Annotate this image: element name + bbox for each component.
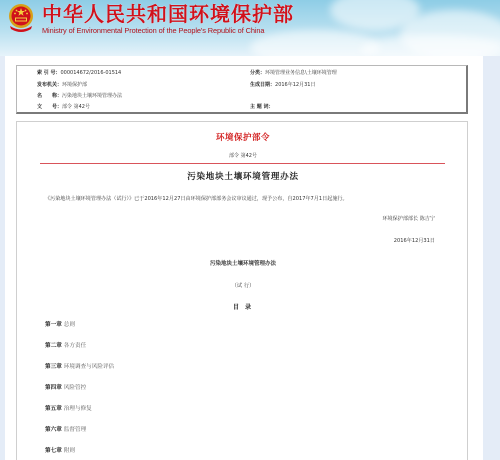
meta-date-value: 2016年12月31日 — [275, 82, 315, 88]
meta-index-value: 000014672/2016-01514 — [60, 70, 121, 76]
sign-date: 2016年12月31日 — [394, 237, 435, 244]
site-header: 中华人民共和国环境保护部 Ministry of Environmental P… — [0, 0, 500, 56]
toc-item[interactable]: 第五章治理与修复 — [45, 405, 92, 413]
decree-header: 环境保护部令 — [17, 131, 469, 143]
document-metadata-table: 索 引 号：000014672/2016-01514 分类：环境管理业务信息\土… — [16, 65, 468, 114]
toc-name: 总则 — [64, 322, 75, 328]
meta-issuer: 发布机关：环境保护部 — [37, 82, 87, 89]
content-page: 索 引 号：000014672/2016-01514 分类：环境管理业务信息\土… — [5, 56, 483, 460]
meta-doc-no: 文 号：部令 第42号 — [37, 104, 90, 111]
signer: 环境保护部部长 陈吉宁 — [382, 215, 435, 222]
toc-name: 监督管理 — [64, 427, 86, 433]
red-divider — [40, 163, 445, 164]
toc-item[interactable]: 第二章各方责任 — [45, 342, 86, 350]
meta-index-label: 索 引 号： — [37, 70, 60, 77]
document-body: 环境保护部令 部令 第42号 污染地块土壤环境管理办法 《污染地块土壤环境管理办… — [16, 121, 468, 460]
toc-name: 治理与修复 — [64, 406, 92, 412]
meta-category-value: 环境管理业务信息\土壤环境管理 — [265, 70, 337, 76]
toc-name: 附则 — [64, 448, 75, 454]
meta-category-label: 分类： — [250, 70, 265, 77]
toc-item[interactable]: 第七章附则 — [45, 447, 75, 455]
national-emblem-icon[interactable] — [4, 2, 38, 34]
regulation-title: 污染地块土壤环境管理办法 — [17, 259, 469, 267]
toc-item[interactable]: 第一章总则 — [45, 321, 75, 329]
meta-index: 索 引 号：000014672/2016-01514 — [37, 70, 121, 77]
toc-item[interactable]: 第六章监督管理 — [45, 426, 86, 434]
toc-chapter: 第三章 — [45, 364, 62, 370]
toc-name: 风险管控 — [64, 385, 86, 391]
meta-date-label: 生成日期： — [250, 82, 275, 89]
toc-name: 环境调查与风险评估 — [64, 364, 114, 370]
meta-issuer-value: 环境保护部 — [62, 82, 87, 88]
site-title[interactable]: 中华人民共和国环境保护部 — [42, 3, 294, 25]
toc-chapter: 第二章 — [45, 343, 62, 349]
toc-chapter: 第一章 — [45, 322, 62, 328]
meta-category: 分类：环境管理业务信息\土壤环境管理 — [250, 70, 337, 77]
decree-number: 部令 第42号 — [17, 152, 469, 159]
meta-date: 生成日期：2016年12月31日 — [250, 82, 315, 89]
toc-chapter: 第四章 — [45, 385, 62, 391]
toc-heading: 目 录 — [17, 302, 469, 311]
meta-keywords-label: 主 题 词： — [250, 104, 273, 111]
toc-chapter: 第七章 — [45, 448, 62, 454]
toc-chapter: 第六章 — [45, 427, 62, 433]
meta-name-value: 污染地块土壤环境管理办法 — [62, 93, 122, 99]
toc-chapter: 第五章 — [45, 406, 62, 412]
document-title: 污染地块土壤环境管理办法 — [17, 170, 469, 182]
meta-doc-no-value: 部令 第42号 — [62, 104, 90, 110]
meta-doc-no-label: 文 号： — [37, 104, 62, 111]
meta-name: 名 称：污染地块土壤环境管理办法 — [37, 93, 122, 100]
toc-item[interactable]: 第四章风险管控 — [45, 384, 86, 392]
toc-name: 各方责任 — [64, 343, 86, 349]
intro-paragraph: 《污染地块土壤环境管理办法（试行）》已于2016年12月27日由环境保护部部务会… — [45, 195, 348, 202]
meta-issuer-label: 发布机关： — [37, 82, 62, 89]
meta-name-label: 名 称： — [37, 93, 62, 100]
toc-item[interactable]: 第三章环境调查与风险评估 — [45, 363, 114, 371]
meta-keywords: 主 题 词： — [250, 104, 273, 111]
trial-note: （试 行） — [17, 281, 469, 289]
cloud-decoration — [360, 35, 500, 56]
site-subtitle: Ministry of Environmental Protection of … — [42, 26, 264, 35]
